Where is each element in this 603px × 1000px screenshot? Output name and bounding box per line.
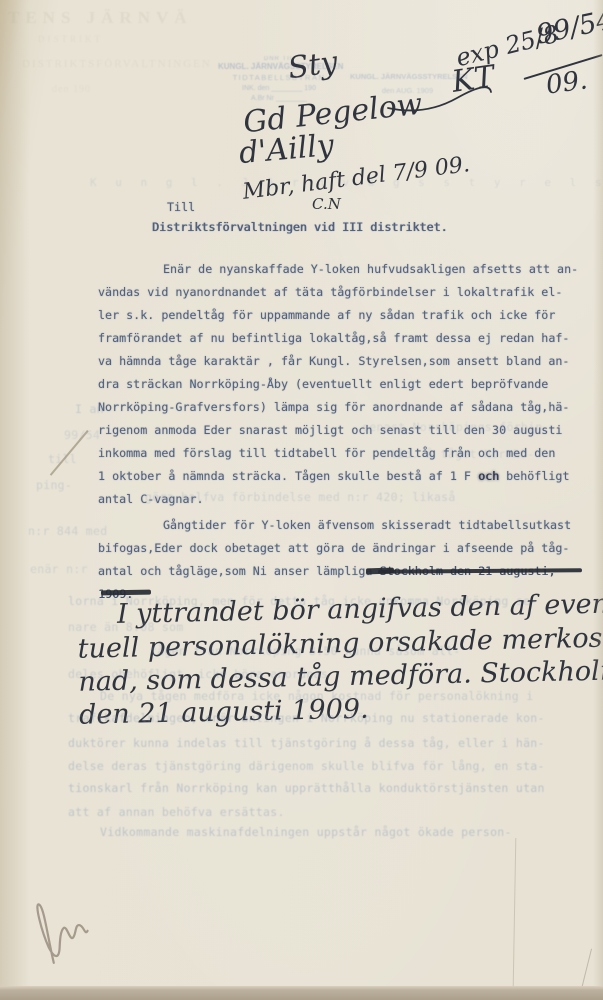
ghost-line: enär n:r xyxy=(30,562,88,576)
ink-blotted-word: och xyxy=(478,469,499,483)
ghost-line: n:r 844 med xyxy=(28,524,107,538)
typed-line: ler s.k. pendeltåg för uppammande af ny … xyxy=(98,304,588,327)
ghost-line: duktörer kunna indelas till tjänstgöring… xyxy=(68,736,545,750)
paper-crease xyxy=(513,838,517,988)
page-right-edge xyxy=(593,0,603,1000)
ghost-line: att af annan behöfva ersättas. xyxy=(68,805,285,819)
typed-line: vändas vid nyanordnandet af täta tågförb… xyxy=(98,281,588,304)
typed-line: Norrköping-Grafversfors) lämpa sig för a… xyxy=(98,396,588,419)
ghost-line: delse deras tjänstgöring därigenom skull… xyxy=(68,759,545,773)
typed-text: behöfligt xyxy=(499,469,569,483)
ghost-line: deles obehöfligt, icke böra anordnas xyxy=(68,667,328,681)
ghost-line: senast Norrköpings förbin xyxy=(362,420,543,434)
ghost-line: nare än 8.08 som xyxy=(68,620,184,634)
salutation: Till xyxy=(167,200,195,214)
typed-line: bifogas,Eder dock obetaget att göra de ä… xyxy=(98,537,588,560)
page-left-edge xyxy=(0,0,30,1000)
typed-line: dra sträckan Norrköping-Åby (eventuellt … xyxy=(98,373,588,396)
ghost-line: tågen från Norrköping 8.50 kunna såsom a… xyxy=(150,644,461,658)
annotation-cn: C.N xyxy=(312,195,341,213)
body-paragraph-1: Enär de nyanskaffade Y-loken hufvudsakli… xyxy=(98,258,588,511)
stamp-line: INK. den ________ 190 xyxy=(218,85,340,92)
ghost-line: Vidkommande maskinafdelningen uppstår nå… xyxy=(100,825,512,839)
ghost-line: tid. å tåget Norrkö- xyxy=(390,447,534,461)
typed-line: Enär de nyanskaffade Y-loken hufvudsakli… xyxy=(98,258,588,281)
ghost-letterhead-line: den 190 xyxy=(52,84,91,95)
ghost-letterhead-line: DISTRIKT xyxy=(38,34,103,44)
typed-text: 1 oktober å nämnda sträcka. Tågen skulle… xyxy=(98,469,478,483)
typed-line: framförandet af nu befintliga lokaltåg,s… xyxy=(98,327,588,350)
typed-line: va hämnda tåge karaktär , får Kungl. Sty… xyxy=(98,350,588,373)
signature-dailly: d'Ailly xyxy=(238,128,336,171)
ghost-line: lorna i Norrköping, men för detta tåg ic… xyxy=(68,594,538,608)
ghost-line: trafikafdelningen, enär antingen i Norrk… xyxy=(68,711,545,725)
ghost-line: ping- xyxy=(36,478,72,492)
typed-text: antal och tågläge,som Ni anser lämpliga xyxy=(98,564,379,578)
reference-denominator: 09. xyxy=(544,65,589,100)
stamp-line: KUNGL. JÄRNVÄGSSTYRELSEN xyxy=(350,72,465,81)
document-page: TENS JÄRNVÄ DISTRIKT DISTRIKTSFÖRVALTNIN… xyxy=(0,0,603,1000)
typed-line: 1 oktober å nämnda sträcka. Tågen skulle… xyxy=(98,465,588,488)
ghost-letterhead-line: TENS JÄRNVÄ xyxy=(8,8,193,28)
handwritten-note: I yttrandet bör angifvas den af even- tu… xyxy=(77,586,603,731)
ghost-line: tionskarl från Norrköping kan upprätthål… xyxy=(68,781,545,795)
ghost-line: De nya tågen medföra icke någon kostnad … xyxy=(100,689,533,703)
annotation-sty: Sty xyxy=(286,45,340,87)
addressee: Distriktsförvaltningen vid III distrikte… xyxy=(152,220,448,234)
ghost-line: göra halfva förbindelse med n:r 420; lik… xyxy=(145,490,456,504)
ghost-line: I an xyxy=(75,402,104,416)
typed-line: Gångtider för Y-loken äfvensom skisserad… xyxy=(98,514,588,537)
ghost-letterhead-line: DISTRIKTSFÖRVALTNINGEN xyxy=(22,58,212,70)
page-bottom-edge xyxy=(0,986,603,1000)
